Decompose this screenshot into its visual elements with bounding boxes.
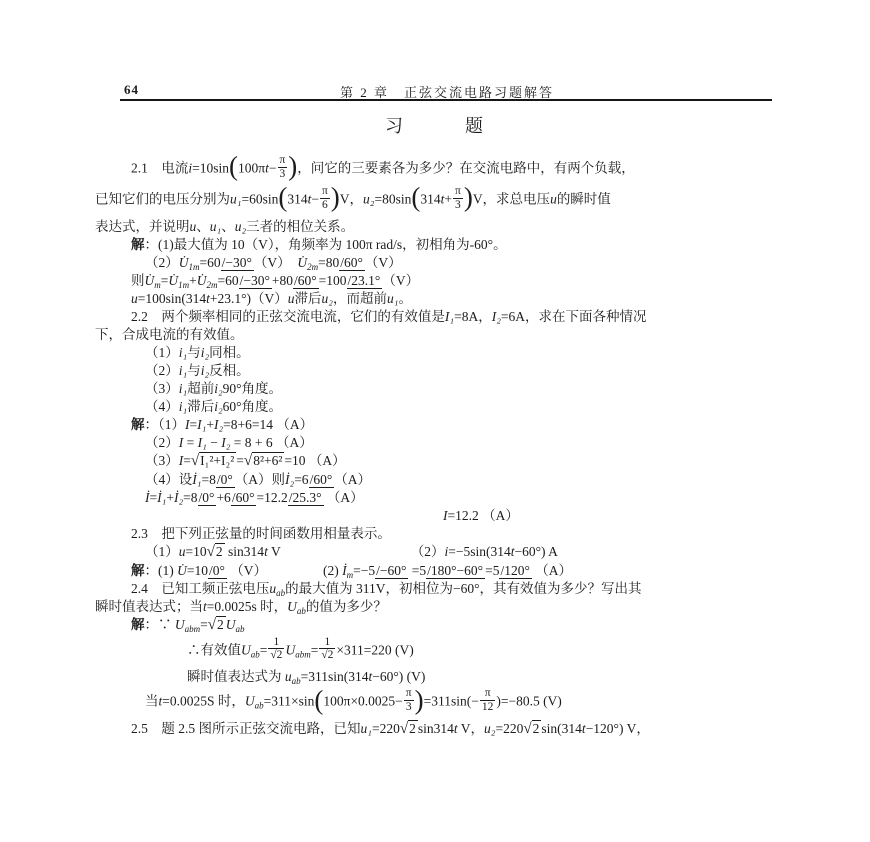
solution-2-2-line-3: （3）I=√I₁²+I₂²=√8²+6²=10 （A） [95, 452, 795, 470]
problem-2-2-statement-line-1: 2.2 两个频率相同的正弦交流电流，它们的有效值是I₁=8A，I₂=6A，求在下… [95, 308, 795, 325]
problem-2-3-statement: 2.3 把下列正弦量的时间函数用相量表示。 [95, 525, 795, 542]
problem-2-2-case-1: （1）i₁与i₂同相。 [95, 344, 795, 361]
solution-2-3-part-1: 解：(1) U̇=10/0° （V） [131, 562, 267, 579]
problem-2-4-statement-line-2: 瞬时值表达式；当t=0.0025s 时，Uab的值为多少？ [95, 598, 795, 615]
problem-2-5-statement-line-1: 2.5 题 2.5 图所示正弦交流电路，已知u₁=220√2sin314t V，… [95, 720, 795, 738]
problem-2-2-case-2: （2）i₁与i₂反相。 [95, 362, 795, 379]
page-body: 2.1 电流i=10sin(100πt−π3)，问它的三要素各为多少？在交流电路… [95, 152, 795, 739]
problem-2-2-case-3: （3）i₁超前i₂90°角度。 [95, 380, 795, 397]
problem-2-1-statement-line-3: 表达式，并说明u、u₁、u₂三者的相位关系。 [95, 218, 795, 235]
solution-2-2-line-1: 解：（1）I=I₁+I₂=8+6=14 （A） [95, 416, 795, 433]
solution-2-1-line-4: u=100sin(314t+23.1°)（V）u滞后u₂，而超前u₁。 [95, 290, 795, 307]
problem-2-1-statement-line-1: 2.1 电流i=10sin(100πt−π3)，问它的三要素各为多少？在交流电路… [95, 156, 795, 183]
problem-2-2-case-4: （4）i₁滞后i₂60°角度。 [95, 398, 795, 415]
solution-2-4-line-3: 瞬时值表达式为 uab=311sin(314t−60°) (V) [95, 668, 795, 685]
problem-2-3-item-2: （2）i=−5sin(314t−60°) A [411, 543, 558, 561]
solution-2-2-line-4: （4）设İ₁=8/0°（A）则İ₂=6/60°（A） [95, 471, 795, 488]
solution-2-1-line-1: 解：(1)最大值为 10（V），角频率为 100π rad/s，初相角为-60°… [95, 236, 795, 253]
solution-2-4-line-2: ∴有效值Uab=1√2Uabm=1√2×311=220 (V) [95, 638, 795, 665]
solution-2-2-result: I=12.2 （A） [95, 507, 795, 524]
problem-2-3-items: （1）u=10√2 sin314t V （2）i=−5sin(314t−60°)… [95, 543, 795, 561]
solution-2-2-line-2: （2）I = I₁ − I₂ = 8 + 6 （A） [95, 434, 795, 451]
solution-2-1-line-2: （2）U̇1m=60/−30°（V） U̇2m=80/60°（V） [95, 254, 795, 271]
page-header: 64 第 2 章 正弦交流电路习题解答 [122, 82, 772, 97]
solution-2-1-line-3: 则U̇m=U̇1m+U̇2m=60/−30°+80/60°=100/23.1°（… [95, 272, 795, 289]
problem-2-3-item-1: （1）u=10√2 sin314t V [145, 543, 281, 561]
problem-2-2-statement-line-2: 下，合成电流的有效值。 [95, 326, 795, 343]
solution-2-2-line-5: İ=İ₁+İ₂=8/0°+6/60°=12.2/25.3° （A） [95, 489, 795, 506]
solution-2-4-line-1: 解：∵ Uabm=√2Uab [95, 616, 795, 634]
scanned-textbook-page: 64 第 2 章 正弦交流电路习题解答 习 题 2.1 电流i=10sin(10… [0, 0, 870, 842]
solution-2-3-part-2: (2) İm=−5/−60° =5/180°−60°=5/120° （A） [323, 562, 572, 579]
problem-2-1-statement-line-2: 已知它们的电压分别为u₁=60sin(314t−π6)V，u₂=80sin(31… [95, 187, 795, 214]
header-rule [120, 99, 772, 101]
page-number: 64 [124, 82, 139, 98]
solution-2-3: 解：(1) U̇=10/0° （V） (2) İm=−5/−60° =5/180… [95, 562, 795, 579]
section-title: 习 题 [0, 112, 870, 138]
solution-2-4-line-4: 当t=0.0025S 时，Uab=311×sin(100π×0.0025−π3)… [95, 689, 795, 716]
problem-2-4-statement-line-1: 2.4 已知工频正弦电压uab的最大值为 311V，初相位为−60°，其有效值为… [95, 580, 795, 597]
